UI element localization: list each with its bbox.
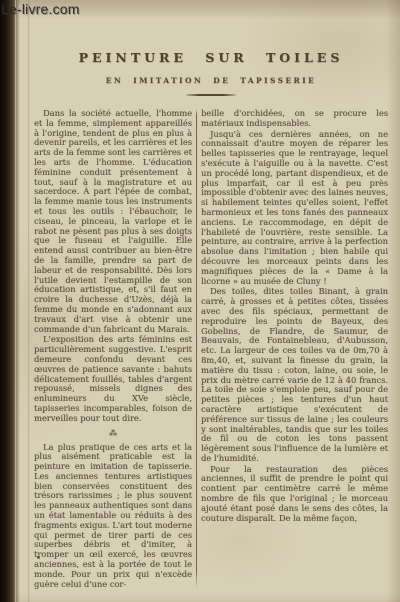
article-title: PEINTURE SUR TOILES [34,50,388,65]
right-column: beille d'orchidées, on se procure les ma… [201,109,388,589]
paragraph: Des toiles, dites toiles Binant, à grain… [201,287,388,463]
paragraph: L'exposition des arts féminins est parti… [34,335,192,423]
paragraph: La plus pratique de ces arts et la plus … [34,443,192,590]
page-edge-highlight [15,0,16,602]
page-gutter-crease [28,0,30,602]
book-spine-edge [0,0,20,602]
article-header: PEINTURE SUR TOILES EN IMITATION DE TAPI… [34,50,388,96]
watermark: Le-livre.com [1,1,80,17]
article-subtitle: EN IMITATION DE TAPISSERIE [34,76,388,85]
article: PEINTURE SUR TOILES EN IMITATION DE TAPI… [34,0,388,589]
paragraph: Pour la restauration des pièces ancienne… [201,465,388,524]
paragraph: Jusqu'à ces dernières années, on ne conn… [201,130,388,287]
scanned-book-page: { "watermark": "Le-livre.com", "colors":… [0,0,400,602]
paragraph: Dans la société actuelle, l'homme et la … [34,109,192,334]
paragraph: beille d'orchidées, on se procure les ma… [201,109,388,129]
title-rule [186,94,236,96]
text-columns: Dans la société actuelle, l'homme et la … [34,109,388,589]
section-separator: ⁂ [34,429,192,439]
left-column: Dans la société actuelle, l'homme et la … [34,109,192,589]
column-divider-rule [196,109,197,589]
